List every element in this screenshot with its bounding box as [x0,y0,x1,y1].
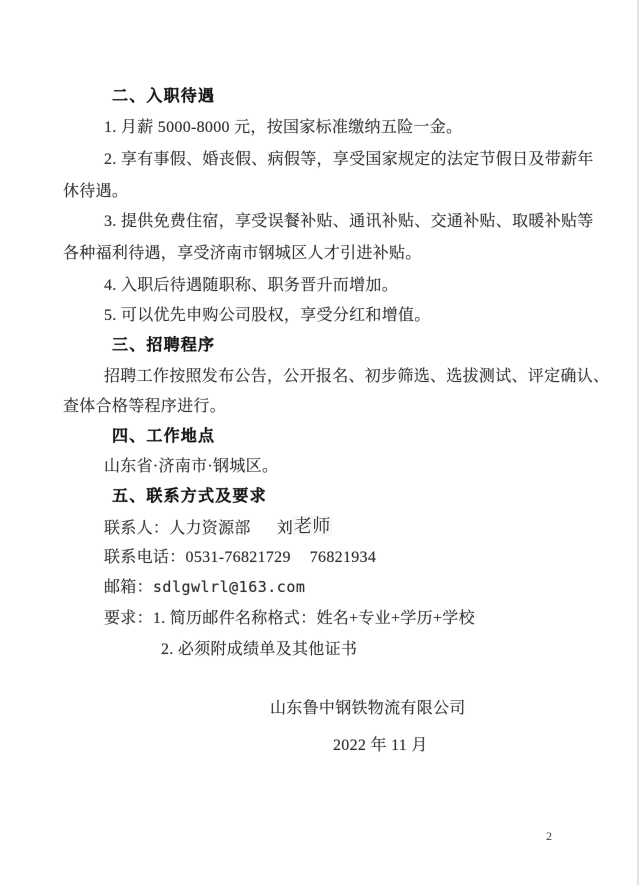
benefits-item-4: 4. 入职后待遇随职称、职务晋升而增加。 [104,277,398,295]
location-body: 山东省·济南市·钢城区。 [104,458,278,476]
benefits-item-2-line-2: 休待遇。 [63,183,128,201]
section-heading-benefits: 二、入职待遇 [112,88,215,106]
phone-label: 联系电话： [104,549,186,566]
contact-person-label: 联系人：人力资源部 [104,520,251,537]
contact-person-line: 联系人：人力资源部刘老师 [104,518,332,538]
signature-company: 山东鲁中钢铁物流有限公司 [270,700,466,718]
email-label: 邮箱： [104,579,153,596]
benefits-item-3-line-2: 各种福利待遇，享受济南市钢城区人才引进补贴。 [63,245,422,263]
phone-number-2: 76821934 [310,549,376,566]
document-page: 二、入职待遇 1. 月薪 5000-8000 元，按国家标准缴纳五险一金。 2.… [0,0,639,885]
benefits-item-2-line-1: 2. 享有事假、婚丧假、病假等，享受国家规定的法定节假日及带薪年 [104,151,594,169]
page-number: 2 [546,829,552,844]
requirements-line-1: 要求：1. 简历邮件名称格式：姓名+专业+学历+学校 [104,610,475,628]
contact-name-edited-overlay: 老师 [293,516,332,536]
contact-phone-line: 联系电话：0531-7682172976821934 [104,549,376,567]
benefits-item-5: 5. 可以优先申购公司股权，享受分红和增值。 [104,307,431,325]
signature-date: 2022 年 11 月 [333,737,428,755]
section-heading-procedure: 三、招聘程序 [112,337,215,355]
contact-name-prefix: 刘 [277,520,293,537]
procedure-body-line-2: 查体合格等程序进行。 [63,398,226,416]
requirements-line-2: 2. 必须附成绩单及其他证书 [161,641,357,659]
contact-email-line: 邮箱：sdlgwlrl@163.com [104,578,305,597]
procedure-body-line-1: 招聘工作按照发布公告，公开报名、初步筛选、选拔测试、评定确认、 [104,368,609,386]
email-value: sdlgwlrl@163.com [153,578,306,596]
benefits-item-3-line-1: 3. 提供免费住宿，享受误餐补贴、通讯补贴、交通补贴、取暖补贴等 [104,213,594,231]
phone-number-1: 0531-76821729 [186,549,291,566]
benefits-item-1: 1. 月薪 5000-8000 元，按国家标准缴纳五险一金。 [104,119,462,137]
section-heading-location: 四、工作地点 [112,428,215,446]
section-heading-contact: 五、联系方式及要求 [112,488,267,506]
